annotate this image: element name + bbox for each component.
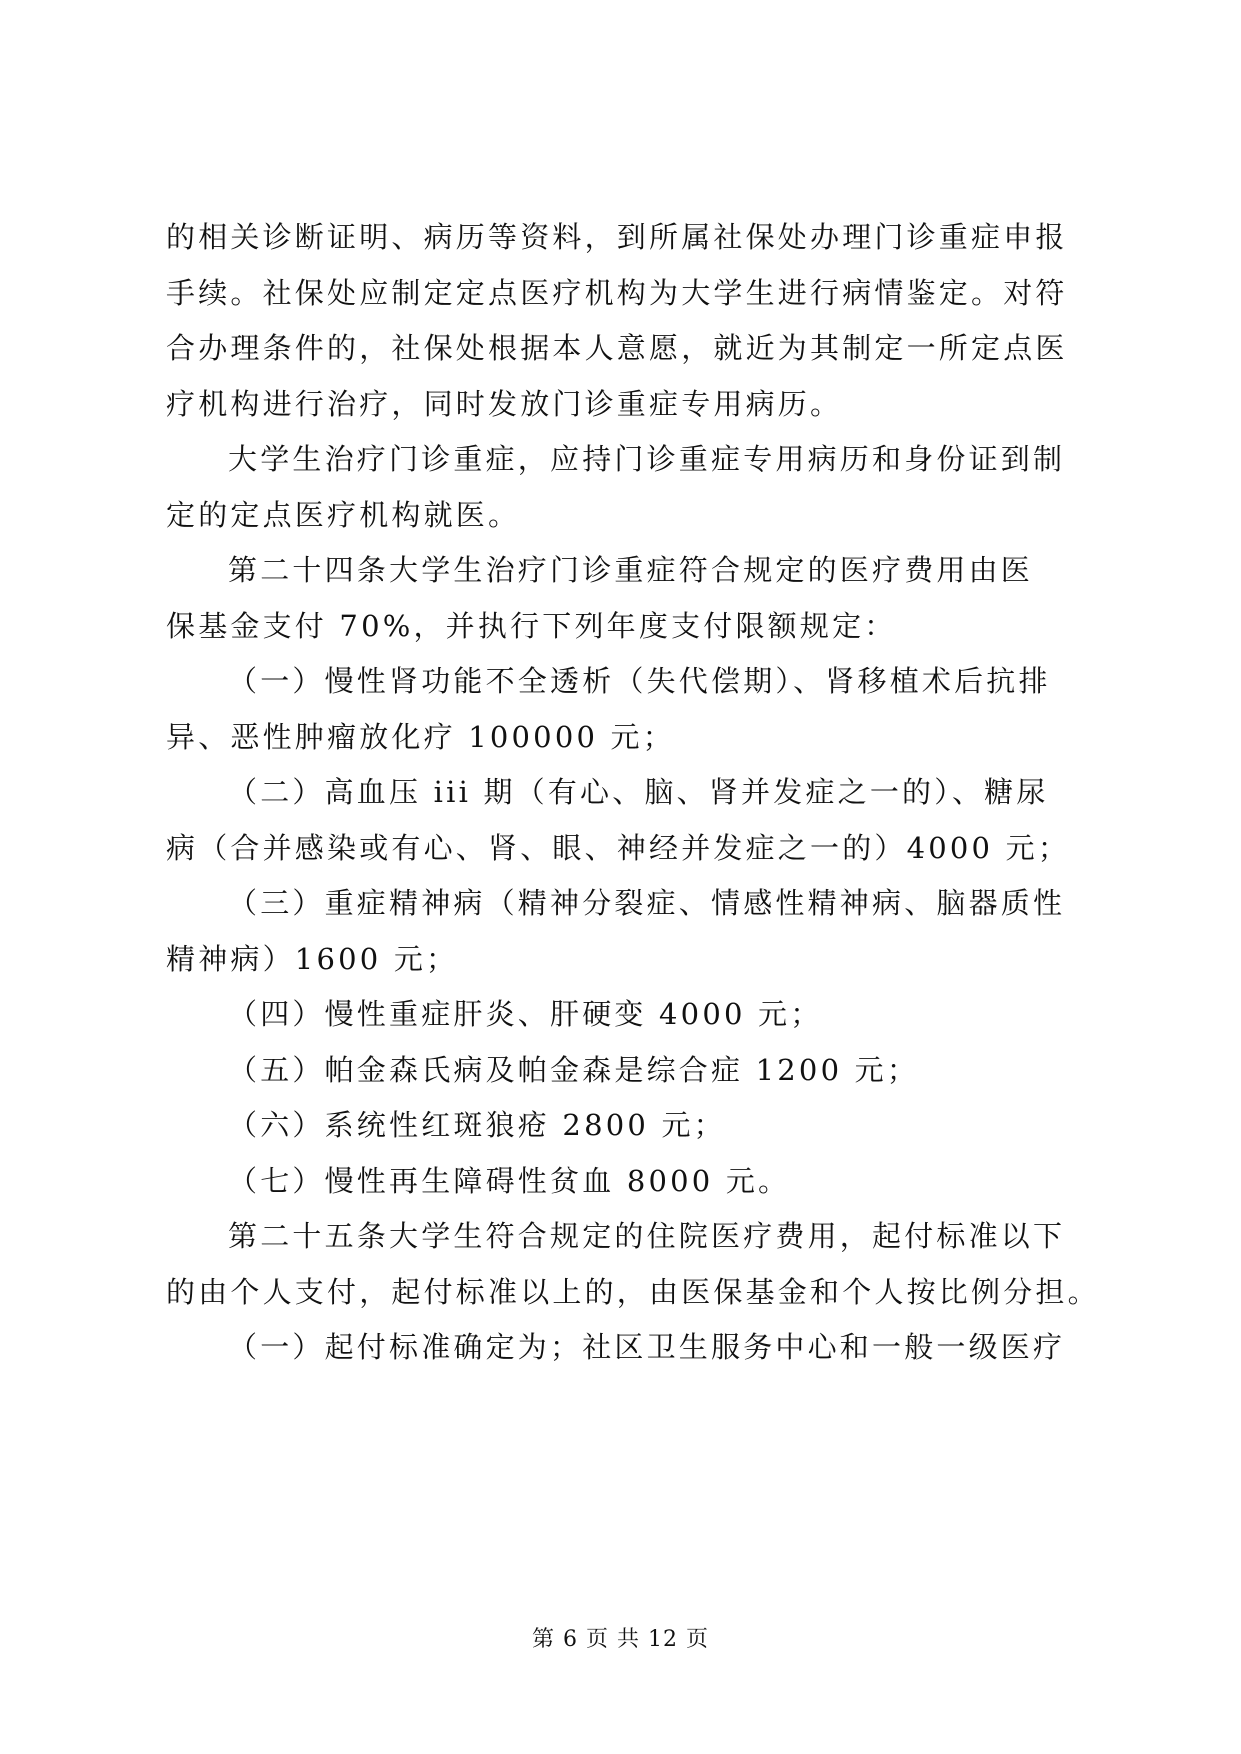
list-item-6: （六）系统性红斑狼疮 2800 元； <box>166 1098 1076 1154</box>
text-line: 合办理条件的，社保处根据本人意愿，就近为其制定一所定点医 <box>166 321 1076 377</box>
text-line: 异、恶性肿瘤放化疗 100000 元； <box>166 710 1076 766</box>
article-24-heading-line: 第二十四条大学生治疗门诊重症符合规定的医疗费用由医 <box>166 543 1076 599</box>
list-item-2: （二）高血压 iii 期（有心、脑、肾并发症之一的）、糖尿 <box>166 765 1076 821</box>
text-line: 精神病）1600 元； <box>166 932 1076 988</box>
list-item-4: （四）慢性重症肝炎、肝硬变 4000 元； <box>166 987 1076 1043</box>
text-line: 疗机构进行治疗，同时发放门诊重症专用病历。 <box>166 377 1076 433</box>
text-line: 定的定点医疗机构就医。 <box>166 488 1076 544</box>
list-item-3: （三）重症精神病（精神分裂症、情感性精神病、脑器质性 <box>166 876 1076 932</box>
list-item-1-threshold: （一）起付标准确定为；社区卫生服务中心和一般一级医疗 <box>166 1320 1076 1376</box>
document-body: 的相关诊断证明、病历等资料，到所属社保处办理门诊重症申报 手续。社保处应制定定点… <box>166 210 1076 1376</box>
list-item-5: （五）帕金森氏病及帕金森是综合症 1200 元； <box>166 1043 1076 1099</box>
text-line: 病（合并感染或有心、肾、眼、神经并发症之一的）4000 元； <box>166 821 1076 877</box>
paragraph-start-line: 大学生治疗门诊重症，应持门诊重症专用病历和身份证到制 <box>166 432 1076 488</box>
page-footer: 第 6 页 共 12 页 <box>0 1622 1241 1653</box>
list-item-7: （七）慢性再生障碍性贫血 8000 元。 <box>166 1154 1076 1210</box>
text-line: 的相关诊断证明、病历等资料，到所属社保处办理门诊重症申报 <box>166 210 1076 266</box>
text-line: 的由个人支付，起付标准以上的，由医保基金和个人按比例分担。 <box>166 1265 1076 1321</box>
article-25-heading-line: 第二十五条大学生符合规定的住院医疗费用，起付标准以下 <box>166 1209 1076 1265</box>
text-line: 手续。社保处应制定定点医疗机构为大学生进行病情鉴定。对符 <box>166 266 1076 322</box>
list-item-1: （一）慢性肾功能不全透析（失代偿期）、肾移植术后抗排 <box>166 654 1076 710</box>
document-page: 的相关诊断证明、病历等资料，到所属社保处办理门诊重症申报 手续。社保处应制定定点… <box>0 0 1241 1754</box>
text-line: 保基金支付 70%，并执行下列年度支付限额规定： <box>166 599 1076 655</box>
